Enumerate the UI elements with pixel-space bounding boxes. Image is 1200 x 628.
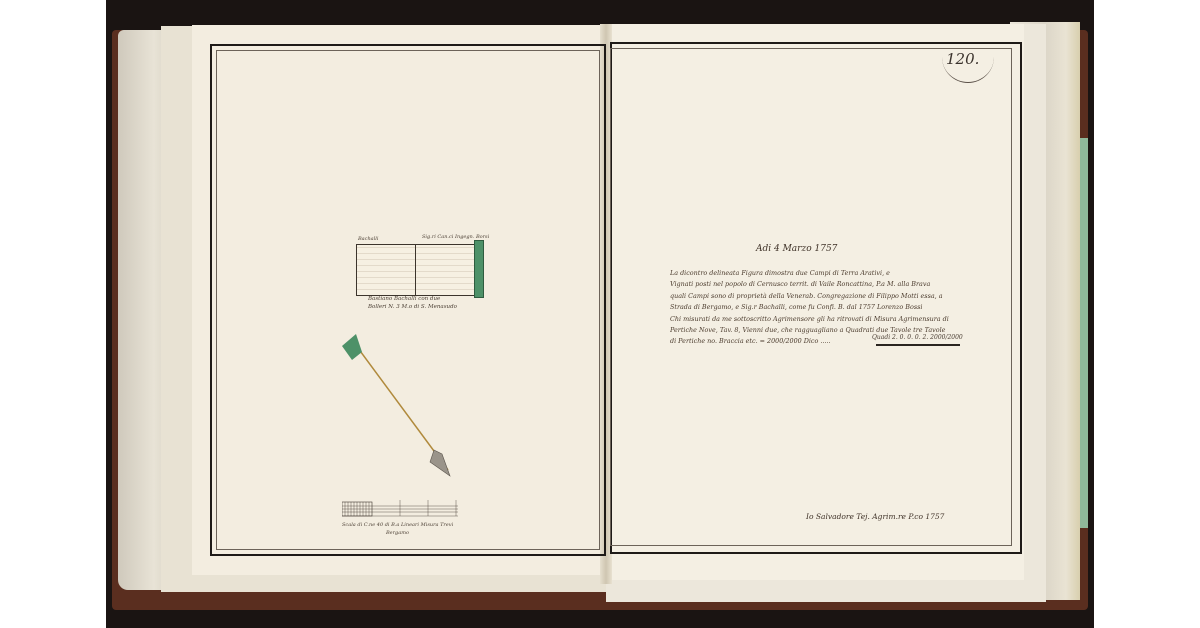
plan-label-top-left: Bachalli (358, 236, 378, 242)
text-line: Chi misurati da me sottoscritto Agrimens… (670, 314, 970, 325)
plan-hatching (357, 245, 475, 295)
text-line: Strada di Bergamo, e Sig.r Bachalli, com… (670, 302, 970, 313)
total-underline (876, 344, 960, 346)
total-value: Quadi 2. 0. 0. 0. 2. 2000/2000 (872, 334, 963, 341)
text-line: quali Campi sono di proprietà della Vene… (670, 291, 970, 302)
book-photograph: 120. Bachalli Sig.ri Can.ci Ingegn. Bors… (106, 0, 1094, 628)
north-arrow-icon (338, 330, 458, 480)
field-plan (356, 244, 476, 296)
scale-caption-line1: Scala di C.ne 40 di B.a Lineari Misura T… (342, 522, 453, 528)
date-heading: Adi 4 Marzo 1757 (756, 244, 837, 254)
page-number: 120. (946, 50, 979, 68)
plan-caption-line2: Bolleri N. 3 M.o di S. Menasudo (368, 304, 457, 310)
text-line: Vignati posti nel popolo di Cernusco ter… (670, 279, 970, 290)
canal-strip (474, 240, 484, 298)
surveyor-signature: Io Salvadore Tej. Agrim.re P.co 1757 (806, 512, 944, 521)
scale-bar (342, 498, 458, 520)
text-line: La dicontro delineata Figura dimostra du… (670, 268, 970, 279)
plan-field-boundary (415, 245, 416, 295)
scale-caption-line2: Bergamo (386, 530, 409, 536)
plan-caption-line1: Bastiano Bachalli con due (368, 296, 440, 302)
